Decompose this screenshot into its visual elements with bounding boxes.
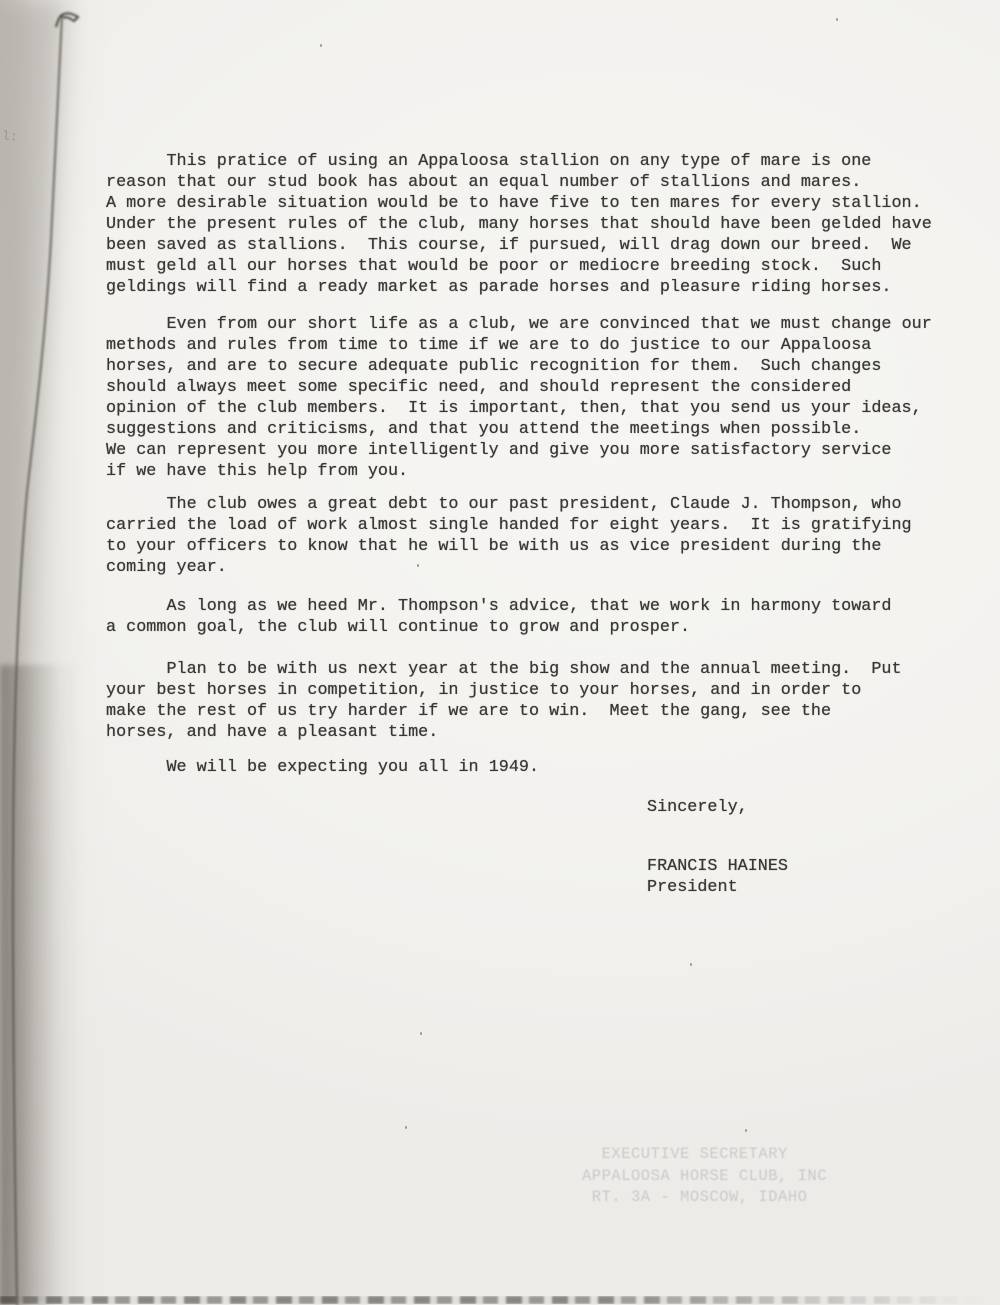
signer-name: FRANCIS HAINES — [647, 856, 788, 877]
dust-speck — [690, 963, 692, 966]
dust-speck — [420, 1032, 422, 1035]
bottom-edge-smudge — [0, 1296, 1000, 1304]
scanned-letter-page: l: This pratice of using an Appaloosa st… — [0, 0, 1000, 1305]
margin-pencil-note: l: — [2, 129, 19, 144]
letter-paragraph-1: This pratice of using an Appaloosa stall… — [106, 151, 988, 298]
dust-speck — [405, 1126, 407, 1129]
dust-speck — [417, 564, 419, 567]
letter-paragraph-2: Even from our short life as a club, we a… — [106, 314, 988, 482]
fold-crease-line — [13, 15, 62, 1305]
letter-paragraph-3: The club owes a great debt to our past p… — [106, 494, 988, 578]
letter-paragraph-6: We will be expecting you all in 1949. — [106, 757, 988, 778]
fold-soft-shadow — [0, 0, 66, 1305]
left-edge-shadow-bottom — [0, 665, 80, 1305]
dust-speck — [836, 18, 838, 21]
dust-speck — [320, 44, 322, 47]
left-edge-shadow — [0, 0, 110, 1305]
ghost-address-stamp: EXECUTIVE SECRETARY APPALOOSA HORSE CLUB… — [582, 1144, 827, 1209]
letter-paragraph-5: Plan to be with us next year at the big … — [106, 659, 988, 743]
letter-closing: Sincerely, — [647, 797, 748, 818]
signer-title: President — [647, 877, 738, 898]
pen-mark-icon — [56, 13, 78, 27]
letter-paragraph-4: As long as we heed Mr. Thompson's advice… — [106, 596, 988, 638]
dust-speck — [745, 1129, 747, 1132]
